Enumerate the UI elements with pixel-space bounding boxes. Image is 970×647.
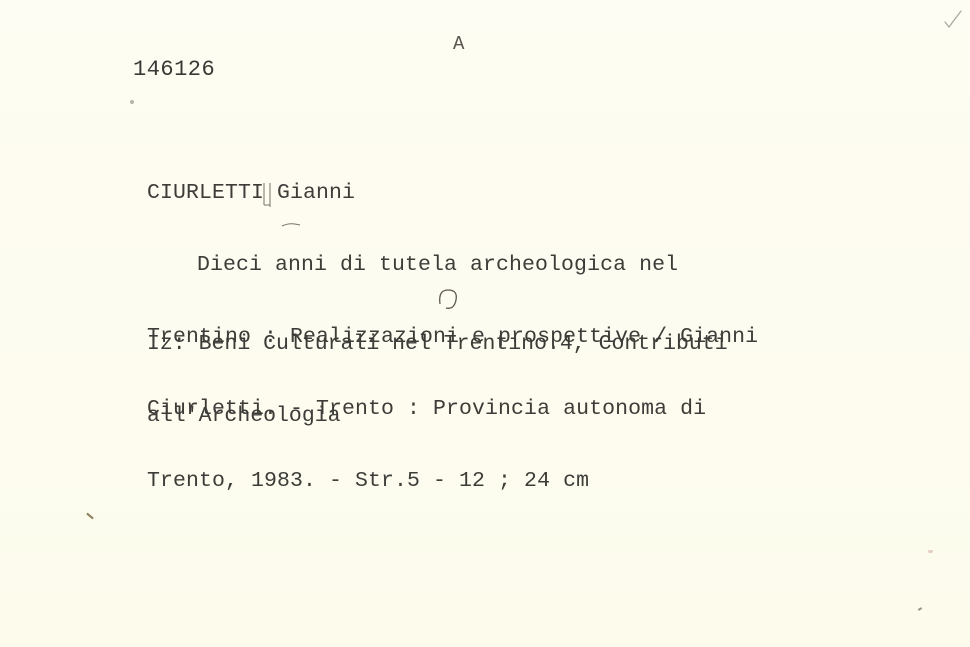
checkmark-icon: [942, 8, 964, 30]
call-number: 146126: [133, 57, 215, 82]
series-note-line: Iz: Beni Culturali nel Trentino.4, Contr…: [147, 332, 728, 356]
title-line: Dieci anni di tutela archeologica nel: [147, 253, 758, 277]
series-note-line: all'Archeologia: [147, 404, 728, 428]
ink-speck: [86, 513, 93, 520]
series-note: Iz: Beni Culturali nel Trentino.4, Contr…: [147, 284, 728, 476]
ink-speck: [928, 550, 933, 553]
corner-mark: A: [453, 33, 464, 55]
ink-dot: [130, 100, 134, 104]
author-heading: CIURLETTI Gianni: [147, 181, 758, 205]
ink-speck: [918, 607, 922, 611]
catalog-card: A 146126 CIURLETTI Gianni Dieci anni di …: [0, 0, 970, 647]
